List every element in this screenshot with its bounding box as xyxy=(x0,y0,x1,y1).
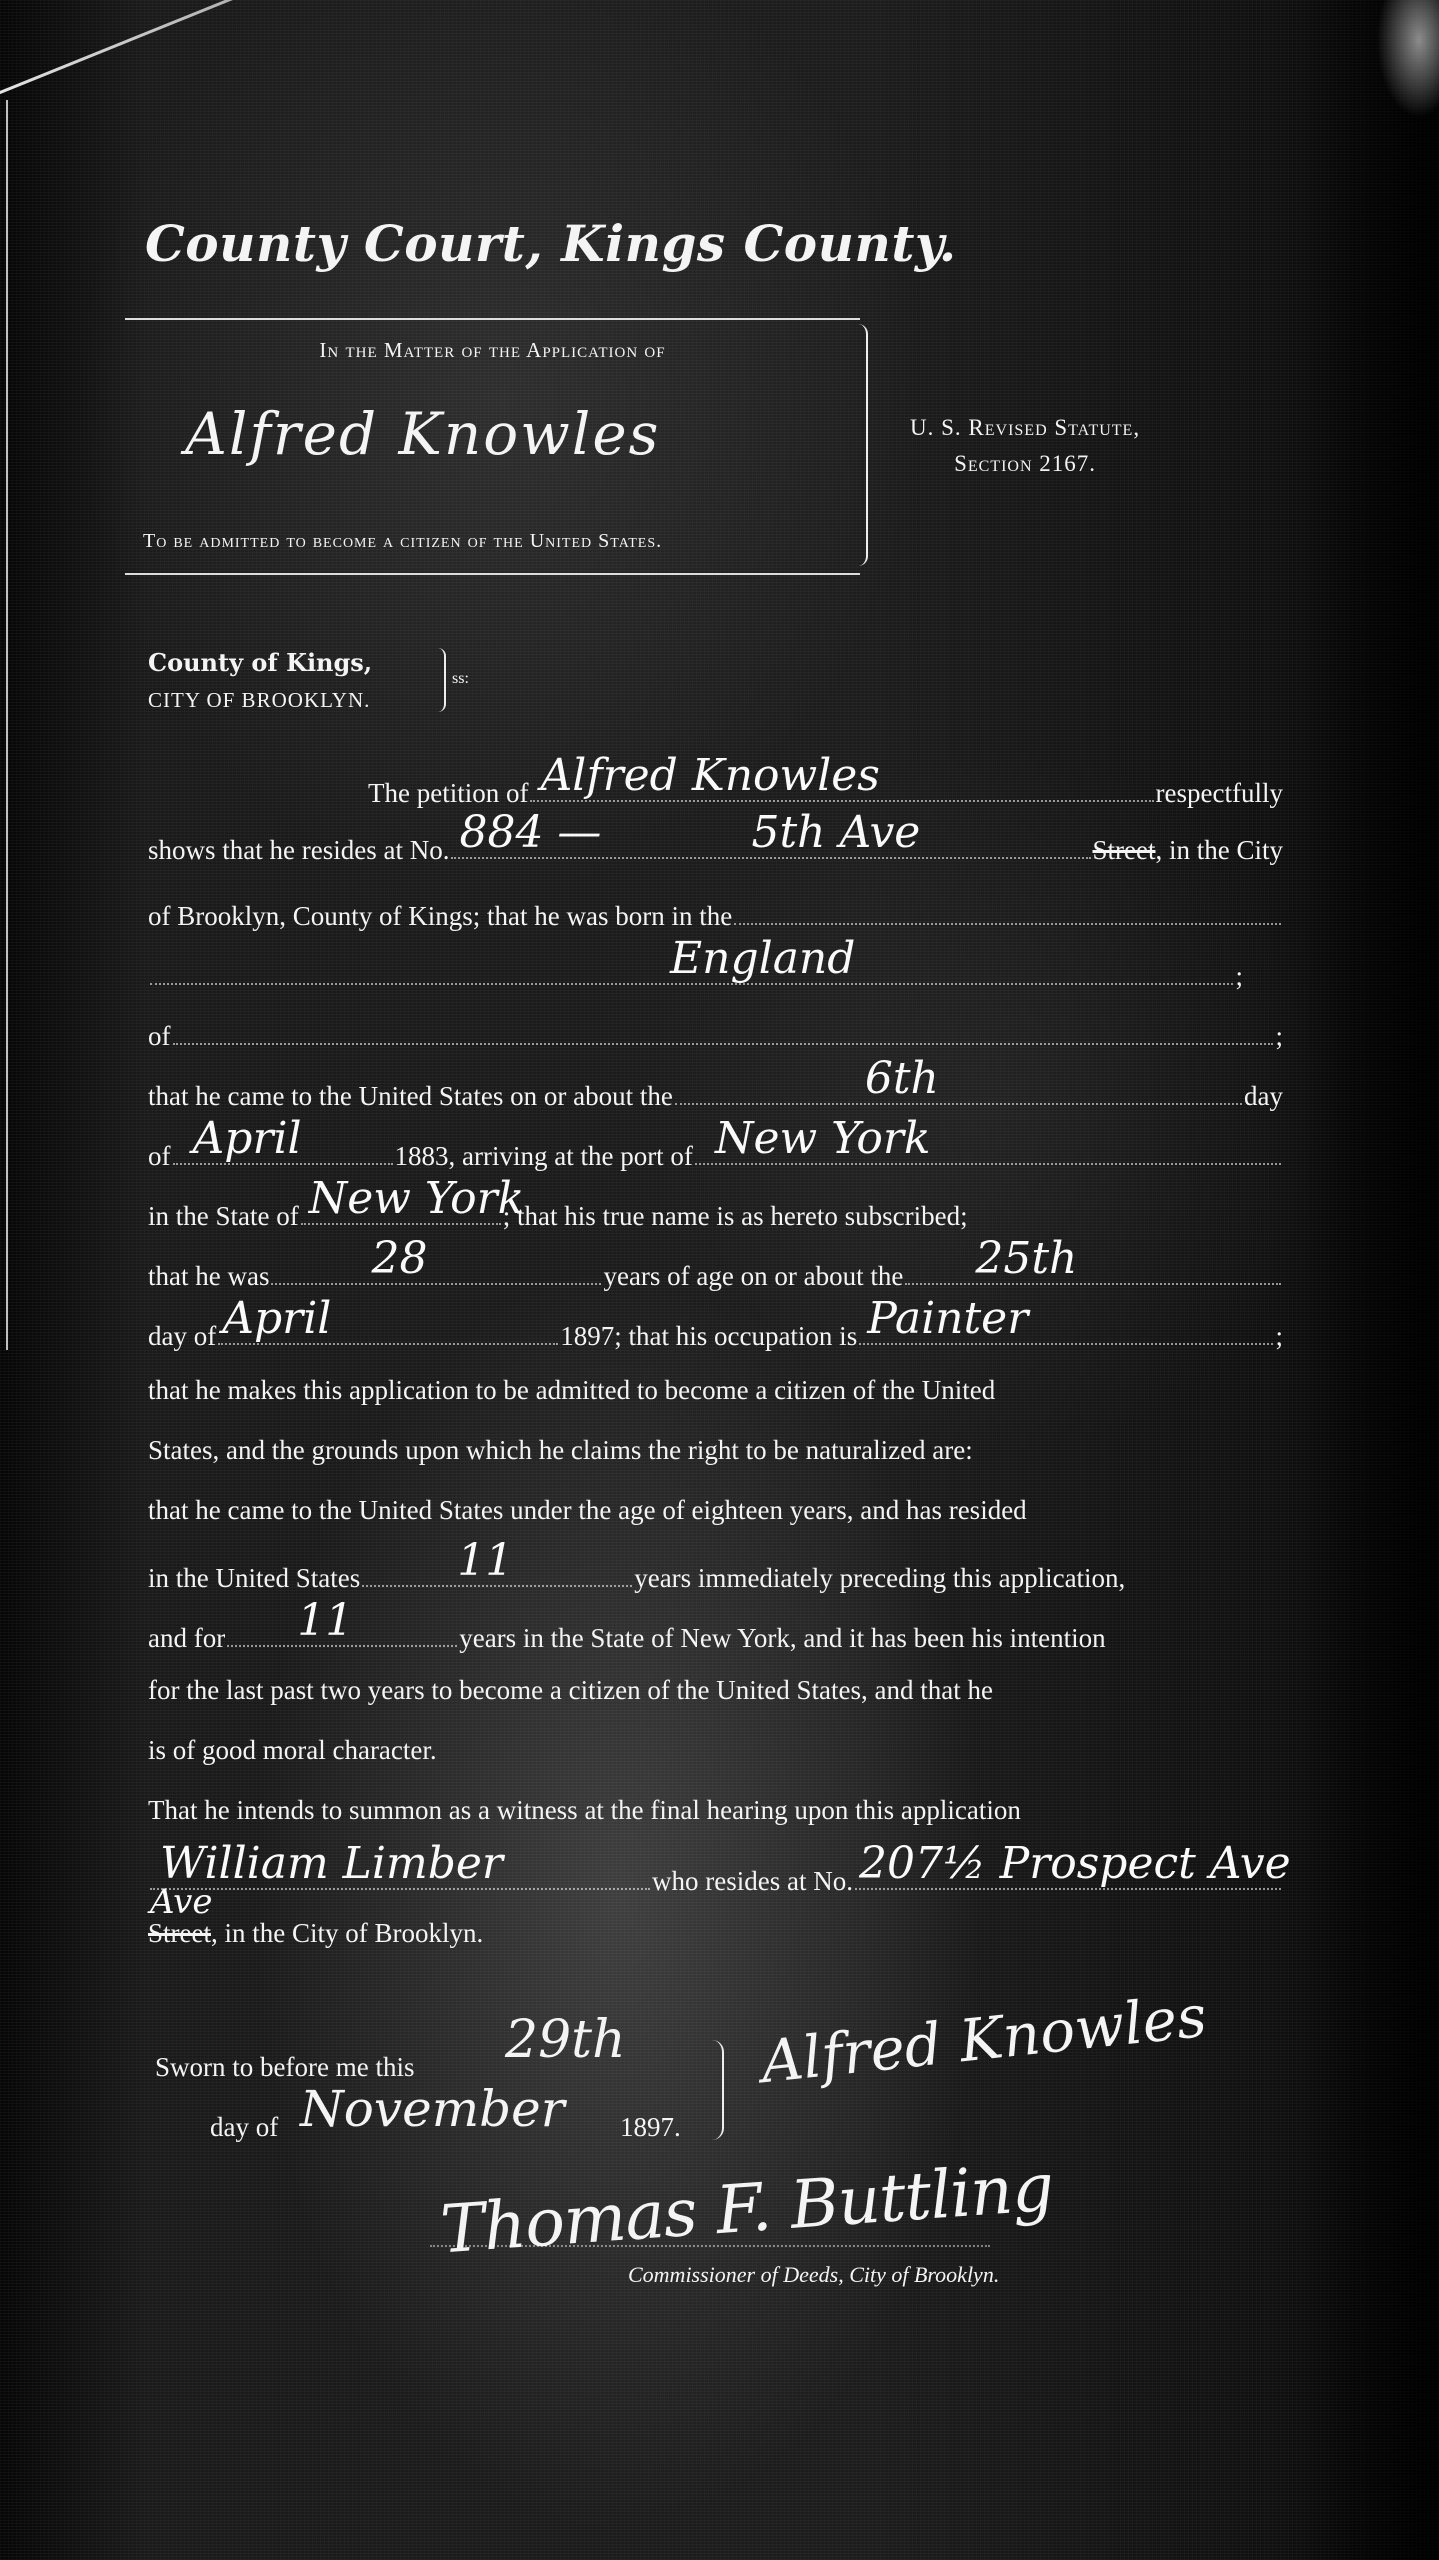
born-label: of Brooklyn, County of Kings; that he wa… xyxy=(148,901,732,931)
statute-line-2: Section 2167. xyxy=(910,446,1140,482)
petition-line-5: of ; xyxy=(148,1013,1283,1051)
age-day-field: 25th xyxy=(905,1253,1281,1285)
respectfully-label: respectfully xyxy=(1156,778,1283,808)
us-residence-years: 11 xyxy=(457,1539,513,1583)
petition-of-label: The petition of xyxy=(368,778,528,808)
street-name: 5th Ave xyxy=(751,811,920,855)
age: 28 xyxy=(371,1237,427,1281)
ny-years: 11 xyxy=(297,1599,353,1643)
sworn-label: Sworn to before me this xyxy=(155,2052,414,2083)
petition-line-2: shows that he resides at No. 884 — 5th A… xyxy=(148,827,1283,865)
petition-line-4: England ; xyxy=(148,953,1283,991)
age-day: 25th xyxy=(975,1237,1077,1281)
venue-ss: ss: xyxy=(452,670,469,688)
occupation-label: ; that his occupation is xyxy=(614,1321,857,1351)
petitioner-name: Alfred Knowles xyxy=(540,754,879,798)
birthplace-field: England xyxy=(150,953,1233,985)
petition-line-1: The petition of Alfred Knowles respectfu… xyxy=(148,770,1283,808)
paragraph-1-line-2: States, and the grounds upon which he cl… xyxy=(148,1435,1283,1465)
born-field-1 xyxy=(734,893,1281,925)
witness-city: , in the City of Brooklyn. xyxy=(211,1918,483,1948)
petition-line-10: day of April 1897 ; that his occupation … xyxy=(148,1313,1283,1351)
sworn-month: November xyxy=(300,2080,565,2138)
of-word: of xyxy=(148,1141,171,1171)
ny-field: 11 xyxy=(227,1615,457,1647)
sworn-day: 29th xyxy=(505,2010,626,2070)
court-title: County Court, Kings County. xyxy=(145,214,957,273)
witness-resides-label: who resides at No. xyxy=(652,1866,853,1896)
arrival-month-field: April xyxy=(173,1133,393,1165)
arrival-state-field: New York xyxy=(301,1193,501,1225)
sworn-year: 1897. xyxy=(620,2112,681,2143)
signature-line xyxy=(430,2245,990,2247)
true-name-text: ; that his true name is as hereto subscr… xyxy=(503,1201,968,1231)
witness-name-field: William Limber xyxy=(150,1858,650,1890)
arrival-day: 6th xyxy=(865,1057,939,1101)
came-label: that he came to the United States on or … xyxy=(148,1081,673,1111)
venue-city: CITY OF BROOKLYN. xyxy=(148,688,370,713)
witness-street-struck: Street xyxy=(148,1918,211,1948)
sworn-day-of-label: day of xyxy=(210,2112,278,2143)
arrival-port-field: New York xyxy=(695,1133,1281,1165)
statute-reference: U. S. Revised Statute, Section 2167. xyxy=(910,410,1140,482)
venue-brace xyxy=(434,648,446,712)
age-month: April xyxy=(222,1297,331,1341)
us-residence-label: in the United States xyxy=(148,1563,360,1593)
street-struck: Street xyxy=(1093,835,1156,865)
witness-intro: That he intends to summon as a witness a… xyxy=(148,1795,1283,1825)
of-semicolon: ; xyxy=(1275,1021,1283,1051)
matter-label: In the Matter of the Application of xyxy=(125,338,860,363)
witness-city-line: Street , in the City of Brooklyn. xyxy=(148,1918,1283,1948)
age-suffix: years of age on or about the xyxy=(603,1261,903,1291)
arrival-port: New York xyxy=(715,1117,931,1161)
witness-address-field: 207½ Prospect Ave xyxy=(855,1858,1281,1890)
ny-label: and for xyxy=(148,1623,225,1653)
witness-street-handwritten: Ave xyxy=(150,1880,213,2558)
petitioner-name-field: Alfred Knowles xyxy=(530,770,1153,802)
commissioner-title: Commissioner of Deeds, City of Brooklyn. xyxy=(628,2262,999,2288)
ny-suffix: years in the State of New York, and it h… xyxy=(459,1623,1105,1653)
age-label: that he was xyxy=(148,1261,269,1291)
age-field: 28 xyxy=(271,1253,601,1285)
state-label: in the State of xyxy=(148,1201,299,1231)
paragraph-2-line-2: is of good moral character. xyxy=(148,1735,1283,1765)
address-field: 884 — 5th Ave xyxy=(451,827,1090,859)
arrival-year: 1883 xyxy=(395,1141,449,1171)
jurat-brace xyxy=(708,2040,724,2140)
petition-line-ny-residence: and for 11 years in the State of New Yor… xyxy=(148,1615,1283,1653)
corner-glare xyxy=(1319,0,1439,130)
arrival-month: April xyxy=(193,1117,302,1161)
day-of-label: day of xyxy=(148,1321,216,1351)
us-residence-field: 11 xyxy=(362,1555,632,1587)
paragraph-2-line-1: for the last past two years to become a … xyxy=(148,1675,1283,1705)
port-label: , arriving at the port of xyxy=(449,1141,693,1171)
birthplace: England xyxy=(670,937,855,981)
petition-line-us-residence: in the United States 11 years immediatel… xyxy=(148,1555,1283,1593)
case-caption: In the Matter of the Application of Alfr… xyxy=(125,318,860,575)
witness-address: 207½ Prospect Ave xyxy=(859,1842,1291,1886)
occupation-semicolon: ; xyxy=(1275,1321,1283,1351)
page-shadow xyxy=(1299,0,1439,2560)
occupation: Painter xyxy=(867,1297,1028,1341)
petition-line-3: of Brooklyn, County of Kings; that he wa… xyxy=(148,893,1283,931)
arrival-day-field: 6th xyxy=(675,1073,1242,1105)
day-word: day xyxy=(1244,1081,1283,1111)
petition-line-9: that he was 28 years of age on or about … xyxy=(148,1253,1283,1291)
applicant-name-handwritten: Alfred Knowles xyxy=(185,400,660,468)
resides-label: shows that he resides at No. xyxy=(148,835,449,865)
petition-line-8: in the State of New York ; that his true… xyxy=(148,1193,1283,1231)
statute-line-1: U. S. Revised Statute, xyxy=(910,410,1140,446)
paragraph-1-line-3: that he came to the United States under … xyxy=(148,1495,1283,1525)
occupation-field: Painter xyxy=(859,1313,1273,1345)
birthplace-semicolon: ; xyxy=(1235,961,1243,991)
age-month-field: April xyxy=(218,1313,558,1345)
arrival-state: New York xyxy=(309,1177,525,1221)
of-field xyxy=(173,1013,1274,1045)
witness-line: William Limber who resides at No. 207½ P… xyxy=(148,1858,1283,1896)
house-number: 884 — xyxy=(459,811,601,855)
admission-purpose: To be admitted to become a citizen of th… xyxy=(143,530,662,553)
us-residence-suffix: years immediately preceding this applica… xyxy=(634,1563,1125,1593)
in-the-city: , in the City xyxy=(1156,835,1284,865)
page-edge xyxy=(6,100,8,1350)
petition-line-6: that he came to the United States on or … xyxy=(148,1073,1283,1111)
age-year: 1897 xyxy=(560,1321,614,1351)
venue-county: County of Kings, xyxy=(148,648,372,677)
paragraph-1-line-1: that he makes this application to be adm… xyxy=(148,1375,1283,1405)
petition-line-7: of April 1883 , arriving at the port of … xyxy=(148,1133,1283,1171)
of-label: of xyxy=(148,1021,171,1051)
